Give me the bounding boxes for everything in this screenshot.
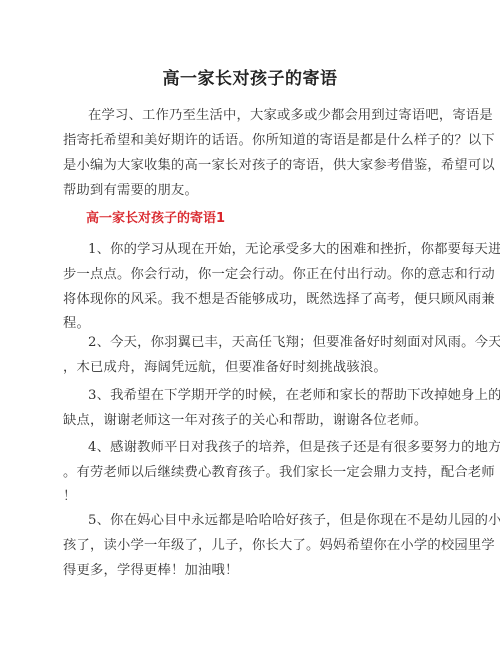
text-line: 在学习、工作乃至生活中，大家或多或少都会用到过寄语吧，寄语是 (88, 104, 493, 123)
text-line: 4、感谢教师平日对我孩子的培养，但是孩子还是有很多要努力的地方 (88, 436, 500, 455)
text-line: 缺点，谢谢老师这一年对孩子的关心和帮助，谢谢各位老师。 (63, 409, 427, 428)
text-line: 步一点点。你会行动，你一定会行动。你正在付出行动。你的意志和行动 (63, 263, 495, 282)
text-line: 将体现你的风采。我不想是否能够成功，既然选择了高考，便只顾风雨兼 (63, 288, 495, 307)
text-line: 5、你在妈心目中永远都是哈哈哈好孩子，但是你现在不是幼儿园的小 (88, 509, 500, 528)
text-line: 孩了，读小学一年级了，儿子，你长大了。妈妈希望你在小学的校园里学 (63, 534, 495, 553)
document-title: 高一家长对孩子的寄语 (0, 64, 500, 89)
text-line: 程。 (63, 312, 90, 331)
text-line: 得更多，学得更棒！加油哦！ (63, 559, 238, 578)
text-line: 3、我希望在下学期开学的时候，在老师和家长的帮助下改掉她身上的 (88, 384, 500, 403)
text-line: 。有劳老师以后继续费心教育孩子。我们家长一定会鼎力支持，配合老师 (63, 461, 495, 480)
text-line: 帮助到有需要的朋友。 (63, 179, 198, 198)
section-heading: 高一家长对孩子的寄语1 (86, 207, 225, 226)
text-line: 2、今天，你羽翼已丰，天高任飞翔；但要准备好时刻面对风雨。今天 (88, 331, 500, 350)
text-line: 1、你的学习从现在开始，无论承受多大的困难和挫折，你都要每天进 (88, 238, 500, 257)
text-line: ，木已成舟，海阔凭远航，但要准备好时刻挑战骇浪。 (63, 356, 387, 375)
text-line: 指寄托希望和美好期许的话语。你所知道的寄语是都是什么样子的？以下 (63, 129, 495, 148)
text-line: ！ (63, 485, 77, 504)
text-line: 是小编为大家收集的高一家长对孩子的寄语，供大家参考借鉴，希望可以 (63, 154, 495, 173)
